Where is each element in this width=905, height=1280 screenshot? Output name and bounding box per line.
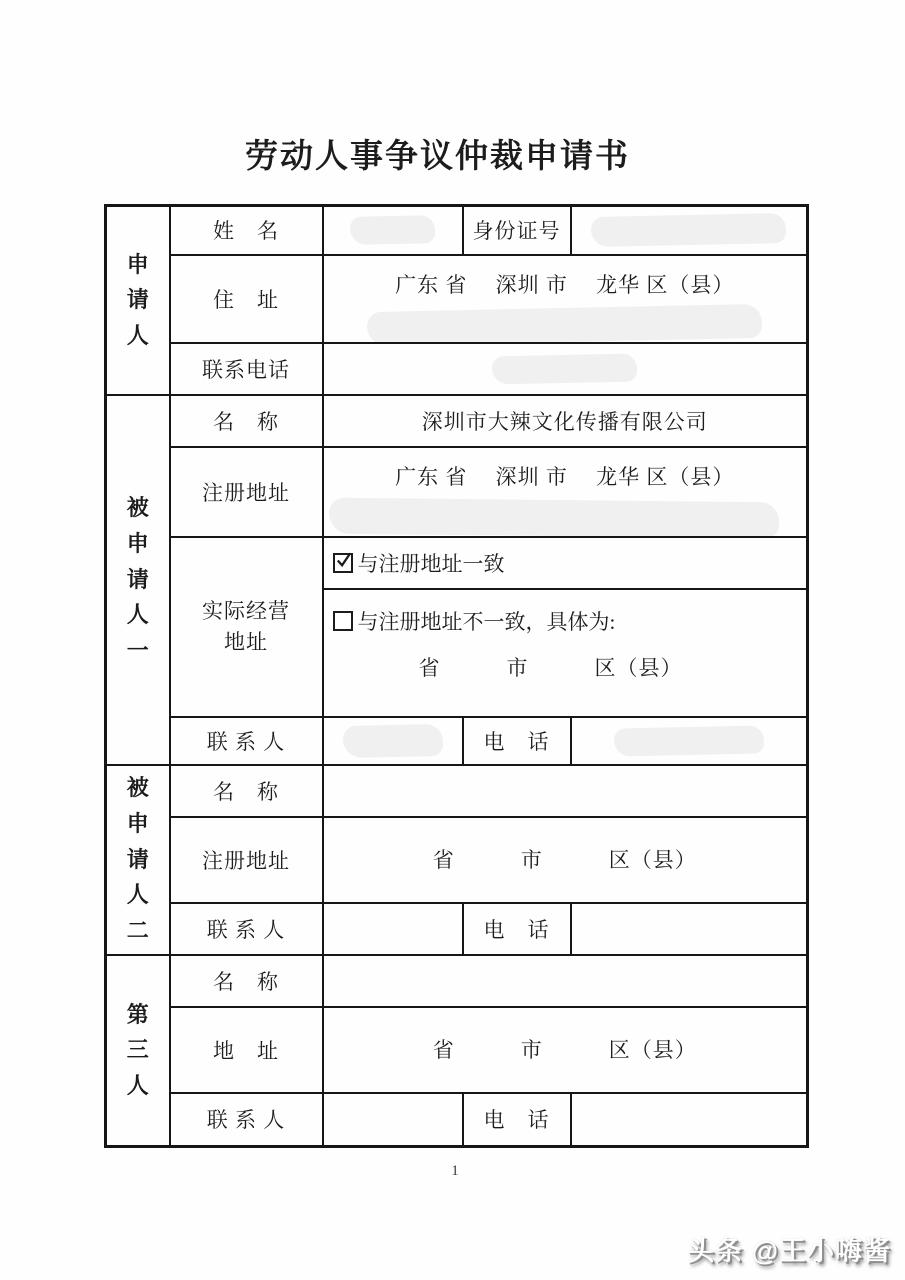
applicant-section-label: 申请人 bbox=[126, 247, 150, 354]
contact-person-value-cell bbox=[323, 717, 463, 765]
actual-address-label-line2: 地址 bbox=[171, 627, 322, 657]
actual-address-diff-option: 与注册地址不一致，具体为: bbox=[333, 606, 807, 636]
contact-person-label: 联 系 人 bbox=[170, 717, 323, 765]
respondent2-company-name-cell bbox=[323, 765, 808, 817]
address-label: 地 址 bbox=[170, 1007, 323, 1093]
table-row: 注册地址 广东 省 深圳 市 龙华 区（县） bbox=[106, 447, 808, 537]
redacted-registered-address bbox=[328, 497, 778, 536]
checkbox-checked-icon bbox=[333, 553, 353, 573]
actual-address-same-option-cell: 与注册地址一致 bbox=[323, 537, 808, 589]
phone-value-cell bbox=[571, 717, 808, 765]
table-row: 被申请人二 名 称 bbox=[106, 765, 808, 817]
respondent2-section-label: 被申请人二 bbox=[126, 770, 150, 948]
page-number: 1 bbox=[104, 1163, 806, 1180]
org-name-label: 名 称 bbox=[170, 765, 323, 817]
org-name-label: 名 称 bbox=[170, 395, 323, 447]
third-party-section-label: 第三人 bbox=[126, 997, 150, 1104]
table-row: 联系电话 bbox=[106, 343, 808, 395]
home-address-value-cell: 广东 省 深圳 市 龙华 区（县） bbox=[323, 255, 808, 343]
id-number-label: 身份证号 bbox=[463, 206, 571, 255]
applicant-section-cell: 申请人 bbox=[106, 206, 170, 395]
respondent2-registered-address-cell: 省 市 区（县） bbox=[323, 817, 808, 903]
table-row: 实际经营 地址 与注册地址一致 bbox=[106, 537, 808, 589]
registered-address-region: 广东 省 深圳 市 龙华 区（县） bbox=[324, 461, 807, 491]
actual-address-label-line1: 实际经营 bbox=[171, 596, 322, 626]
redacted-contact-phone bbox=[492, 353, 638, 384]
third-party-phone-cell bbox=[571, 1093, 808, 1147]
table-row: 联 系 人 电 话 bbox=[106, 1093, 808, 1147]
phone-label: 电 话 bbox=[463, 903, 571, 955]
registered-address-label: 注册地址 bbox=[170, 447, 323, 537]
third-party-section-cell: 第三人 bbox=[106, 955, 170, 1147]
registered-address-value-cell: 广东 省 深圳 市 龙华 区（县） bbox=[323, 447, 808, 537]
actual-address-label-cell: 实际经营 地址 bbox=[170, 537, 323, 717]
redacted-person-name bbox=[350, 215, 436, 245]
org-name-label: 名 称 bbox=[170, 955, 323, 1007]
document-title: 劳动人事争议仲裁申请书 bbox=[0, 130, 875, 177]
table-row: 地 址 省 市 区（县） bbox=[106, 1007, 808, 1093]
table-row: 联 系 人 电 话 bbox=[106, 903, 808, 955]
person-name-value-cell bbox=[323, 206, 463, 255]
redacted-contact-person bbox=[342, 723, 443, 757]
home-address-region: 广东 省 深圳 市 龙华 区（县） bbox=[324, 269, 807, 299]
contact-person-label: 联 系 人 bbox=[170, 903, 323, 955]
respondent2-blank-region: 省 市 区（县） bbox=[324, 844, 807, 874]
document-page: 劳动人事争议仲裁申请书 申请人 姓 名 身份证号 住 址 广东 省 深圳 市 龙… bbox=[0, 0, 905, 1280]
watermark-text: 头条 @王小嗨酱 bbox=[687, 1229, 891, 1268]
registered-address-label: 注册地址 bbox=[170, 817, 323, 903]
respondent2-section-cell: 被申请人二 bbox=[106, 765, 170, 955]
table-row: 被申请人一 名 称 深圳市大辣文化传播有限公司 bbox=[106, 395, 808, 447]
contact-phone-value-cell bbox=[323, 343, 808, 395]
contact-person-label: 联 系 人 bbox=[170, 1093, 323, 1147]
respondent1-section-label: 被申请人一 bbox=[126, 490, 150, 668]
checkbox-unchecked-icon bbox=[333, 611, 353, 631]
table-row: 申请人 姓 名 身份证号 bbox=[106, 206, 808, 255]
respondent2-contact-person-cell bbox=[323, 903, 463, 955]
actual-address-blank-region: 省 市 区（县） bbox=[419, 652, 807, 682]
home-address-label: 住 址 bbox=[170, 255, 323, 343]
third-party-address-cell: 省 市 区（县） bbox=[323, 1007, 808, 1093]
table-row: 注册地址 省 市 区（县） bbox=[106, 817, 808, 903]
actual-address-same-label: 与注册地址一致 bbox=[358, 552, 505, 576]
redacted-home-address bbox=[367, 303, 763, 342]
arbitration-form-table: 申请人 姓 名 身份证号 住 址 广东 省 深圳 市 龙华 区（县） 联系电话 bbox=[104, 204, 809, 1148]
third-party-contact-person-cell bbox=[323, 1093, 463, 1147]
actual-address-diff-label: 与注册地址不一致，具体为: bbox=[358, 610, 616, 634]
redacted-phone bbox=[613, 725, 764, 756]
respondent1-section-cell: 被申请人一 bbox=[106, 395, 170, 765]
contact-phone-label: 联系电话 bbox=[170, 343, 323, 395]
respondent2-phone-cell bbox=[571, 903, 808, 955]
actual-address-diff-option-cell: 与注册地址不一致，具体为: 省 市 区（县） bbox=[323, 589, 808, 717]
phone-label: 电 话 bbox=[463, 717, 571, 765]
table-row: 联 系 人 电 话 bbox=[106, 717, 808, 765]
redacted-id-number bbox=[591, 213, 787, 247]
phone-label: 电 话 bbox=[463, 1093, 571, 1147]
third-party-blank-region: 省 市 区（县） bbox=[324, 1034, 807, 1064]
person-name-label: 姓 名 bbox=[170, 206, 323, 255]
respondent1-company-name: 深圳市大辣文化传播有限公司 bbox=[323, 395, 808, 447]
table-row: 第三人 名 称 bbox=[106, 955, 808, 1007]
table-row: 住 址 广东 省 深圳 市 龙华 区（县） bbox=[106, 255, 808, 343]
third-party-name-cell bbox=[323, 955, 808, 1007]
id-number-value-cell bbox=[571, 206, 808, 255]
